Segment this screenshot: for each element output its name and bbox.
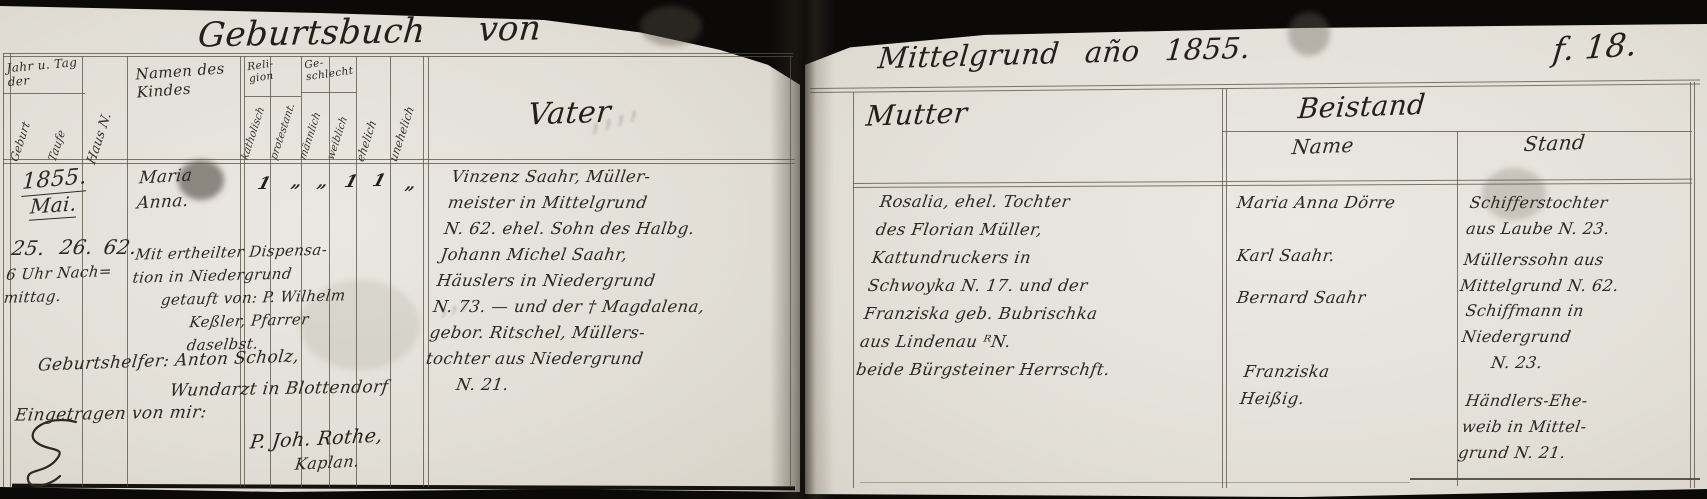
column-header-assist-group: Beistand bbox=[1297, 88, 1427, 126]
column-header-mother: Mutter bbox=[865, 96, 969, 133]
rule-line bbox=[1690, 82, 1691, 488]
witness-stand: Händlers-Ehe- weib in Mittel- grund N. 2… bbox=[1457, 388, 1592, 466]
entry-birth-day: 25. bbox=[10, 236, 47, 260]
rule-line bbox=[390, 56, 391, 487]
paper-stain bbox=[1288, 12, 1330, 56]
entry-birth-time: 6 Uhr Nach= mittag. bbox=[3, 260, 113, 310]
entry-baptism-day: 26. bbox=[58, 235, 95, 259]
column-header-assist-name: Name bbox=[1291, 133, 1355, 159]
column-header-child-name: Namen des Kindes bbox=[135, 59, 237, 102]
rule-line bbox=[860, 482, 1410, 483]
book-gutter-shadow bbox=[770, 0, 834, 499]
witness-stand: Schiffmann in Niedergrund N. 23. bbox=[1457, 298, 1586, 376]
entry-child-name: Maria Anna. bbox=[136, 163, 194, 216]
entry-father-text: Vinzenz Saahr, Müller- meister in Mittel… bbox=[421, 164, 725, 398]
rule-line bbox=[790, 56, 791, 487]
witness-stand: Müllerssohn aus Mittelgrund N. 62. bbox=[1458, 247, 1624, 299]
rule-line bbox=[3, 93, 85, 94]
rule-line bbox=[423, 56, 424, 487]
rule-line bbox=[3, 53, 4, 487]
witness-name: Karl Saahr. bbox=[1236, 246, 1337, 265]
folio-number: f. 18. bbox=[1551, 25, 1639, 69]
paper-stain bbox=[640, 6, 702, 46]
column-header-father: Vater bbox=[526, 94, 612, 132]
rule-line bbox=[1410, 478, 1700, 480]
entry-midwife-detail: Wundarzt in Blottendorf bbox=[169, 377, 390, 401]
rule-line bbox=[428, 56, 429, 487]
left-page-title: Geburtsbuch von bbox=[196, 8, 543, 55]
rule-line bbox=[244, 96, 301, 97]
entry-house-number: 62. bbox=[102, 235, 139, 259]
rule-line bbox=[853, 92, 854, 488]
rule-line bbox=[1226, 88, 1227, 488]
rule-line bbox=[3, 56, 793, 57]
entry-month: Mai. bbox=[29, 191, 77, 218]
witness-name: Franziska Heißig. bbox=[1238, 358, 1331, 412]
rule-line bbox=[1694, 82, 1695, 488]
rule-line bbox=[1222, 88, 1223, 488]
column-header-assist-stand: Stand bbox=[1523, 130, 1587, 156]
entry-registrar-title: Kaplan. bbox=[294, 451, 361, 474]
rule-line bbox=[356, 56, 357, 487]
witness-name: Bernard Saahr bbox=[1236, 288, 1367, 307]
witness-name: Maria Anna Dörre bbox=[1236, 193, 1397, 212]
flourish-mark bbox=[16, 416, 86, 488]
rule-line bbox=[1457, 131, 1458, 486]
entry-mother-text: Rosalia, ehel. Tochter des Florian Mülle… bbox=[854, 188, 1135, 384]
witness-stand: Schifferstochter aus Laube N. 23. bbox=[1464, 190, 1615, 242]
entry-baptism-note: Mit ertheilter Dispensa- tion in Niederg… bbox=[123, 238, 352, 359]
rule-line bbox=[3, 53, 793, 54]
register-book-scan: ʼʼʼʼ ʼʼʼ Geburtsbuch von Jahr u. Tag der… bbox=[0, 0, 1707, 499]
